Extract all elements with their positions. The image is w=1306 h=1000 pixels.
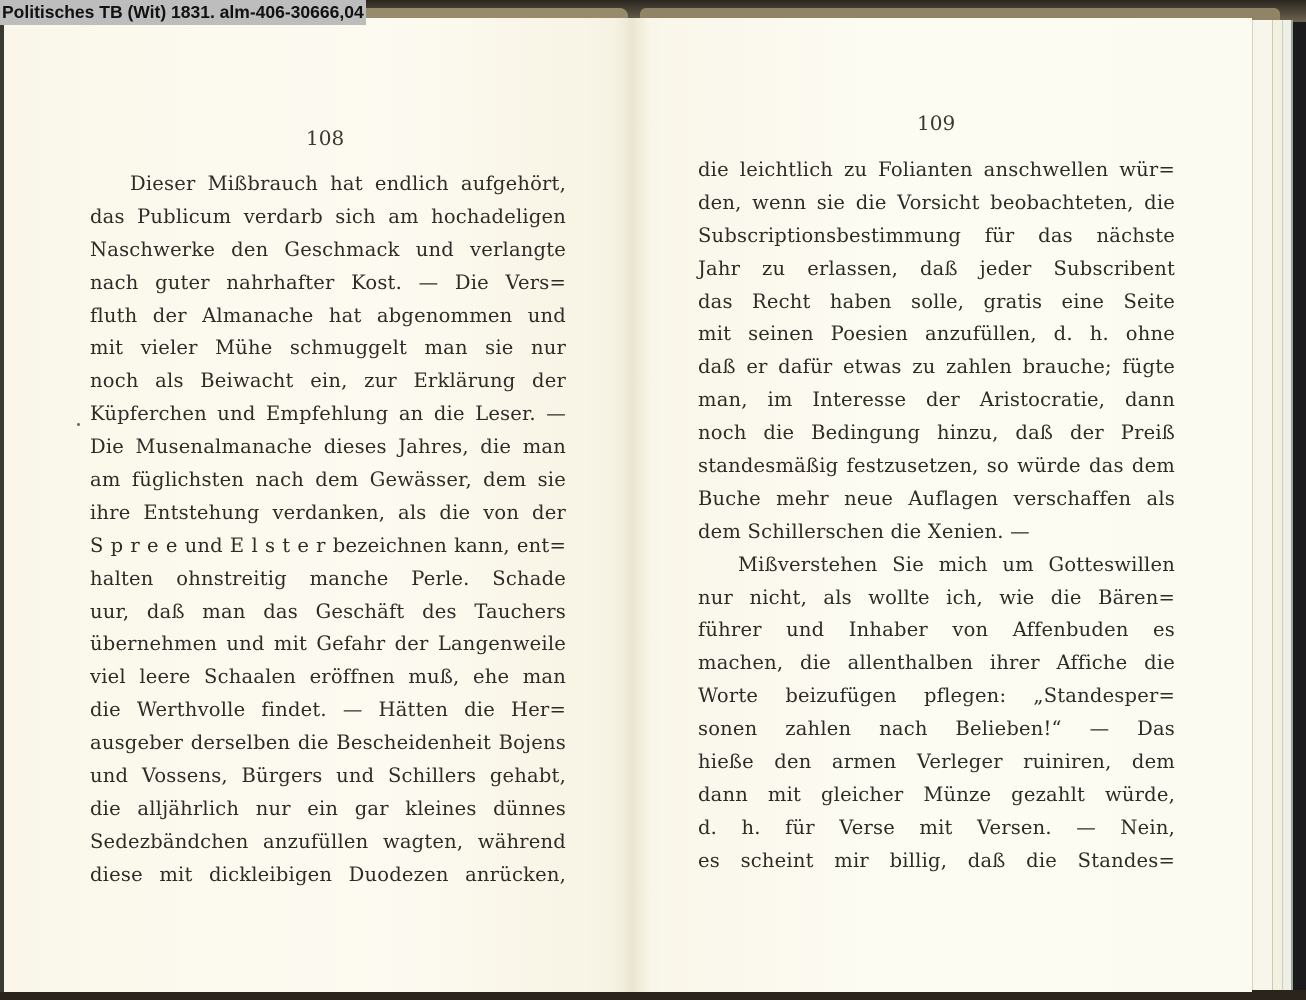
text-line: am füglichsten nach dem Gewässer, dem si… [90,464,566,497]
text-line: mit vieler Mühe schmuggelt man sie nur [90,332,566,365]
left-page-number: 108 [306,126,344,150]
text-line: sonen zahlen nach Belieben!“ — Das [698,713,1175,746]
text-line: das Recht haben solle, gratis eine Seite [698,286,1175,319]
text-line: fluth der Almanache hat abgenommen und [90,300,566,333]
text-line: den, wenn sie die Vorsicht beobachteten,… [698,187,1175,220]
text-line: ausgeber derselben die Bescheidenheit Bo… [90,727,566,760]
text-line: Mißverstehen Sie mich um Gotteswillen [698,549,1175,582]
text-line: es scheint mir billig, daß die Standes= [698,845,1175,878]
page-edge [1252,20,1273,990]
text-line: Worte beizufügen pflegen: „Standesper= [698,680,1175,713]
image-caption-label: Politisches TB (Wit) 1831. alm-406-30666… [0,0,366,25]
text-line: übernehmen und mit Gefahr der Langenweil… [90,628,566,661]
text-line: S p r e e und E l s t e r bezeichnen kan… [90,530,566,563]
text-line: halten ohnstreitig manche Perle. Schade [90,563,566,596]
text-line: machen, die allenthalben ihrer Affiche d… [698,647,1175,680]
text-line: noch als Beiwacht ein, zur Erklärung der [90,365,566,398]
text-line: hieße den armen Verleger ruiniren, dem [698,746,1175,779]
text-line: standesmäßig festzusetzen, so würde das … [698,450,1175,483]
text-line: Naschwerke den Geschmack und verlangte [90,234,566,267]
text-line: diese mit dickleibigen Duodezen anrücken… [90,859,566,892]
text-line: dann mit gleicher Münze gezahlt würde, [698,779,1175,812]
text-line: führer und Inhaber von Affenbuden es [698,614,1175,647]
text-line: ihre Entstehung verdanken, als die von d… [90,497,566,530]
page-edge [1282,20,1293,990]
text-line: uur, daß man das Geschäft des Tauchers [90,596,566,629]
text-line: Buche mehr neue Auflagen verschaffen als [698,483,1175,516]
text-line: Die Musenalmanache dieses Jahres, die ma… [90,431,566,464]
text-line: dem Schillerschen die Xenien. — [698,516,1175,549]
text-line: noch die Bedingung hinzu, daß der Preiß [698,417,1175,450]
text-line: nur nicht, als wollte ich, wie die Bären… [698,582,1175,615]
ink-speck [77,423,80,426]
text-line: nach guter nahrhafter Kost. — Die Vers= [90,267,566,300]
text-line: daß er dafür etwas zu zahlen brauche; fü… [698,351,1175,384]
text-line: Subscriptionsbestimmung für das nächste [698,220,1175,253]
text-line: Sedezbändchen anzufüllen wagten, während [90,826,566,859]
text-line: Küpferchen und Empfehlung an die Leser. … [90,398,566,431]
left-page-text: Dieser Mißbrauch hat endlich aufgehört, … [90,168,566,892]
text-line: man, im Interesse der Aristocratie, dann [698,384,1175,417]
text-line: die alljährlich nur ein gar kleines dünn… [90,793,566,826]
text-line: Dieser Mißbrauch hat endlich aufgehört, [90,168,566,201]
text-line: das Publicum verdarb sich am hochadelige… [90,201,566,234]
text-line: d. h. für Verse mit Versen. — Nein, [698,812,1175,845]
right-page-number: 109 [917,111,955,135]
text-line: Jahr zu erlassen, daß jeder Subscribent [698,253,1175,286]
text-line: die Werthvolle findet. — Hätten die Her= [90,694,566,727]
text-line: mit seinen Poesien anzufüllen, d. h. ohn… [698,318,1175,351]
text-line: die leichtlich zu Folianten anschwellen … [698,154,1175,187]
right-page-text: die leichtlich zu Folianten anschwellen … [698,154,1175,878]
text-line: und Vossens, Bürgers und Schillers gehab… [90,760,566,793]
text-line: viel leere Schaalen eröffnen muß, ehe ma… [90,661,566,694]
